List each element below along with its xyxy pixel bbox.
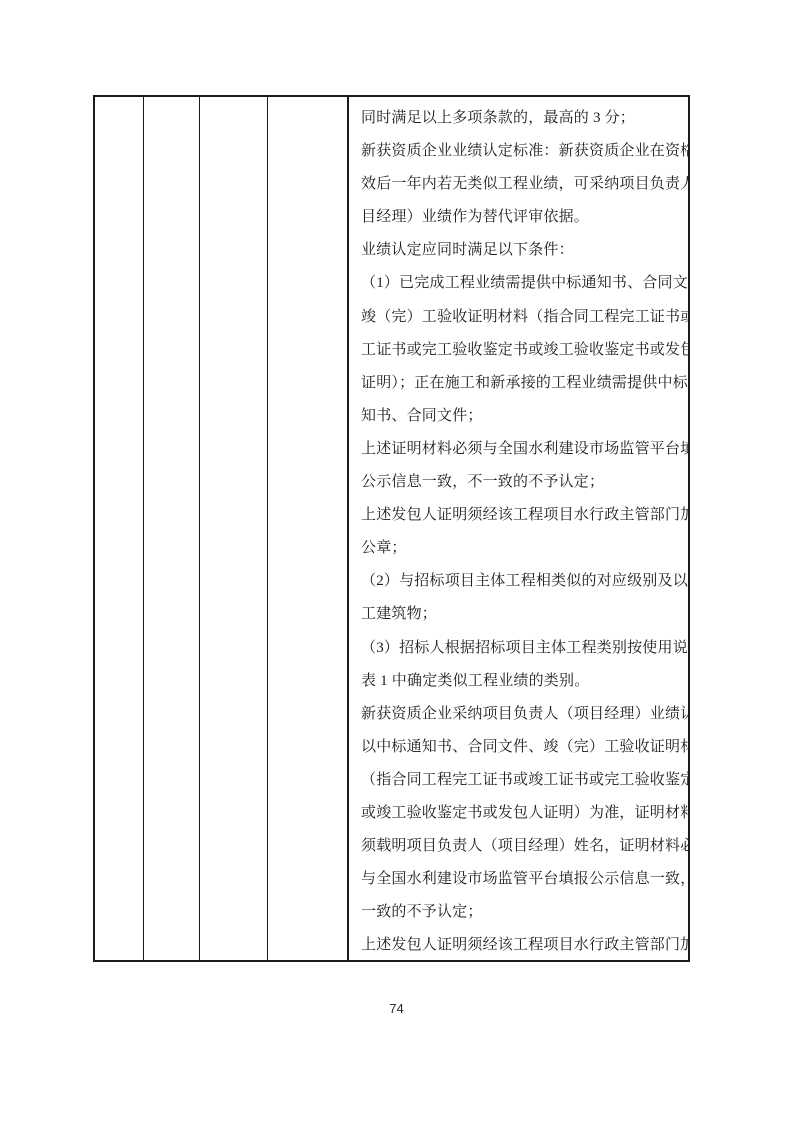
text-line: 上述发包人证明须经该工程项目水行政主管部门加盖 xyxy=(361,929,680,960)
text-line: 同时满足以上多项条款的，最高的 3 分； xyxy=(361,102,680,135)
table-cell-empty-4 xyxy=(268,97,349,960)
text-line: 或竣工验收鉴定书或发包人证明）为准，证明材料必 xyxy=(361,797,680,830)
table-cell-criteria-text: 同时满足以上多项条款的，最高的 3 分； 新获资质企业业绩认定标准：新获资质企业… xyxy=(349,97,688,960)
table-cell-empty-1 xyxy=(95,97,144,960)
text-line: 目经理）业绩作为替代评审依据。 xyxy=(361,201,680,234)
text-line: （2）与招标项目主体工程相类似的对应级别及以上水 xyxy=(361,565,680,598)
text-line: （指合同工程完工证书或竣工证书或完工验收鉴定书 xyxy=(361,764,680,797)
text-line: 竣（完）工验收证明材料（指合同工程完工证书或竣 xyxy=(361,301,680,334)
text-line: （1）已完成工程业绩需提供中标通知书、合同文件、 xyxy=(361,267,680,300)
text-line: 以中标通知书、合同文件、竣（完）工验收证明材料 xyxy=(361,731,680,764)
text-line: 效后一年内若无类似工程业绩，可采纳项目负责人（项 xyxy=(361,168,680,201)
page-number: 74 xyxy=(0,1001,793,1016)
text-line: 一致的不予认定； xyxy=(361,896,680,929)
text-line: 公示信息一致，不一致的不予认定； xyxy=(361,466,680,499)
text-line: 工证书或完工验收鉴定书或竣工验收鉴定书或发包人 xyxy=(361,334,680,367)
criteria-table: 同时满足以上多项条款的，最高的 3 分； 新获资质企业业绩认定标准：新获资质企业… xyxy=(93,95,690,962)
text-line: 与全国水利建设市场监管平台填报公示信息一致，不 xyxy=(361,863,680,896)
text-line: 新获资质企业采纳项目负责人（项目经理）业绩认定 xyxy=(361,698,680,731)
text-line: 表 1 中确定类似工程业绩的类别。 xyxy=(361,665,680,698)
text-line: 知书、合同文件； xyxy=(361,400,680,433)
text-line: 业绩认定应同时满足以下条件： xyxy=(361,234,680,267)
document-page: 同时满足以上多项条款的，最高的 3 分； 新获资质企业业绩认定标准：新获资质企业… xyxy=(0,0,793,1122)
text-line: 上述发包人证明须经该工程项目水行政主管部门加盖 xyxy=(361,499,680,532)
text-line: （3）招标人根据招标项目主体工程类别按使用说明附 xyxy=(361,632,680,665)
text-line: 工建筑物； xyxy=(361,598,680,631)
text-line: 须载明项目负责人（项目经理）姓名，证明材料必须 xyxy=(361,830,680,863)
text-line: 新获资质企业业绩认定标准：新获资质企业在资格生 xyxy=(361,135,680,168)
text-line: 证明）；正在施工和新承接的工程业绩需提供中标通 xyxy=(361,367,680,400)
table-cell-empty-3 xyxy=(200,97,268,960)
text-line: 上述证明材料必须与全国水利建设市场监管平台填报 xyxy=(361,433,680,466)
text-line: 公章； xyxy=(361,532,680,565)
table-cell-empty-2 xyxy=(144,97,200,960)
